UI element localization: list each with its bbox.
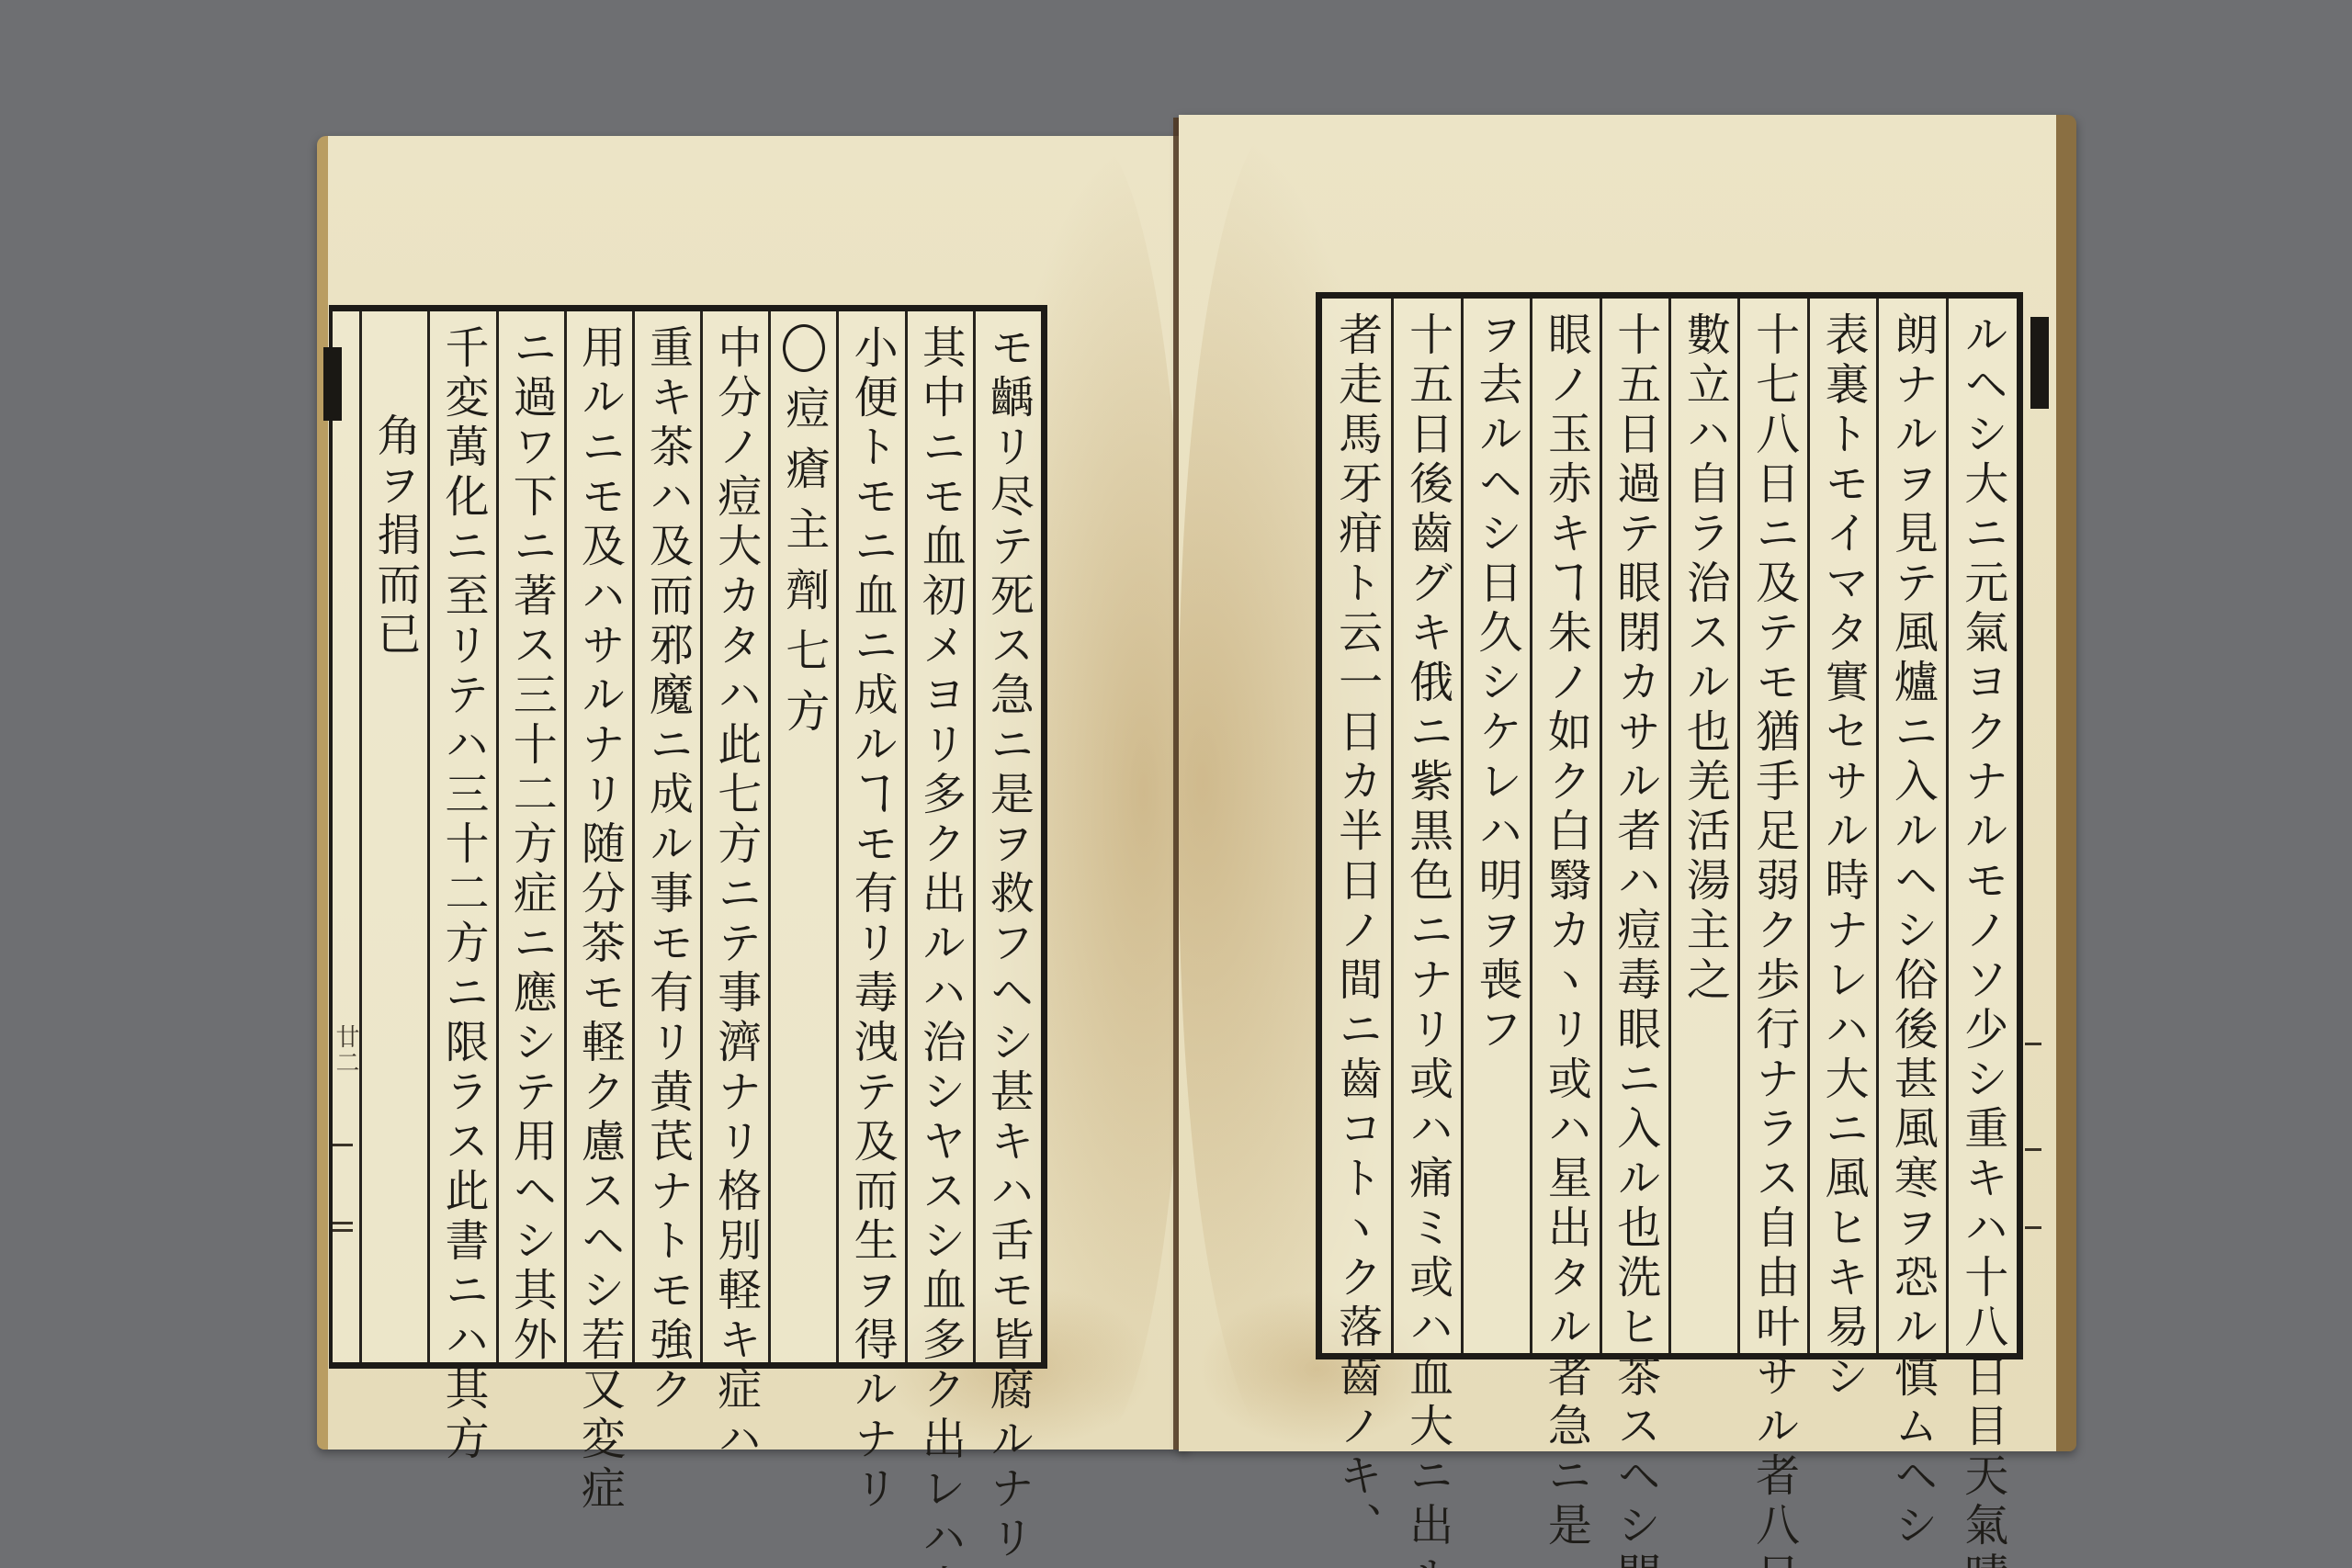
text-column: 十五日後齒グキ俄ニ紫黒色ニナリ或ハ痛ミ或ハ血大ニ出ル: [1391, 299, 1460, 1353]
text-column: 千変萬化ニ至リテハ三十二方ニ限ラス此書ニハ其方: [427, 311, 495, 1362]
text-column: 用ルニモ及ハサルナリ随分茶モ軽ク慮スヘシ若又変症: [564, 311, 632, 1362]
text-column: 中分ノ痘大カタハ此七方ニテ事濟ナリ格別軽キ症ハ: [700, 311, 768, 1362]
text-column: 者走馬牙疳ト云一日カ半日ノ間ニ齒コトヽク落齒ノキ、: [1322, 299, 1391, 1353]
column-text: 十五日過テ眼閉カサル者ハ痘毒眼ニ入ル也洗ヒ茶スヘシ開テ後: [1613, 299, 1657, 1353]
column-text: 用ルニモ及ハサルナリ随分茶モ軽ク慮スヘシ若又変症: [577, 311, 621, 1362]
column-text: 朗ナルヲ見テ風爐ニ入ルヘシ俗後甚風寒ヲ恐ル慎ムヘシ: [1890, 299, 1934, 1353]
column-text: 重キ茶ハ及而邪魔ニ成ル事モ有リ黄芪ナトモ強ク: [646, 311, 690, 1362]
text-column: 小便トモニ血ニ成ルヿモ有リ毒洩テ及而生ヲ得ルナリ: [836, 311, 904, 1362]
fishtail-mark-icon: [2030, 317, 2049, 409]
column-text: 十七八日ニ及テモ猶手足弱ク歩行ナラス自由叶サル者八日: [1752, 299, 1796, 1353]
column-text: 中分ノ痘大カタハ此七方ニテ事濟ナリ格別軽キ症ハ: [714, 311, 758, 1362]
text-column: 十七八日ニ及テモ猶手足弱ク歩行ナラス自由叶サル者八日: [1737, 299, 1806, 1353]
column-text: 小便トモニ血ニ成ルヿモ有リ毒洩テ及而生ヲ得ルナリ: [850, 311, 894, 1362]
margin-column: [333, 311, 359, 1362]
text-column: モ齲リ尽テ死ス急ニ是ヲ救フヘシ甚キハ舌モ皆腐ルナリ: [973, 311, 1041, 1362]
left-columns: モ齲リ尽テ死ス急ニ是ヲ救フヘシ甚キハ舌モ皆腐ルナリ 其中ニモ血初メヨリ多ク出ルハ…: [333, 311, 1041, 1362]
text-column: ニ過ワ下ニ著ス三十二方症ニ應シテ用ヘシ其外: [496, 311, 564, 1362]
left-text-frame: モ齲リ尽テ死ス急ニ是ヲ救フヘシ甚キハ舌モ皆腐ルナリ 其中ニモ血初メヨリ多ク出ルハ…: [329, 305, 1047, 1369]
margin-tick: [333, 1144, 353, 1146]
text-column: ヲ去ルヘシ日久シケレハ明ヲ喪フ: [1461, 299, 1530, 1353]
column-text: 者走馬牙疳ト云一日カ半日ノ間ニ齒コトヽク落齒ノキ、: [1335, 299, 1379, 1353]
text-column: 數立ハ自ラ治スル也羌活湯主之: [1668, 299, 1737, 1353]
margin-tick: [333, 1229, 353, 1232]
column-text: 十五日後齒グキ俄ニ紫黒色ニナリ或ハ痛ミ或ハ血大ニ出ル: [1406, 299, 1450, 1353]
text-column: 重キ茶ハ及而邪魔ニ成ル事モ有リ黄芪ナトモ強ク: [632, 311, 700, 1362]
text-column: 朗ナルヲ見テ風爐ニ入ルヘシ俗後甚風寒ヲ恐ル慎ムヘシ: [1876, 299, 1945, 1353]
margin-tick: [333, 1222, 353, 1224]
text-column: 十五日過テ眼閉カサル者ハ痘毒眼ニ入ル也洗ヒ茶スヘシ開テ後: [1600, 299, 1668, 1353]
column-text: ニ過ワ下ニ著ス三十二方症ニ應シテ用ヘシ其外: [509, 311, 553, 1362]
text-column: 眼ノ玉赤キヿ朱ノ如ク白翳カヽリ或ハ星出タル者急ニ是: [1530, 299, 1599, 1353]
column-text: ルヘシ大ニ元氣ヨクナルモノソ少シ重キハ十八日目天氣晴: [1961, 299, 2005, 1353]
text-column: 其中ニモ血初メヨリ多ク出ルハ治シヤスシ血多ク出レハ大便: [905, 311, 973, 1362]
column-text: 千変萬化ニ至リテハ三十二方ニ限ラス此書ニハ其方: [441, 311, 485, 1362]
fishtail-mark-icon: [323, 347, 342, 421]
folio-number: 廿二: [329, 1024, 363, 1076]
circle-marker-icon: [783, 324, 825, 372]
right-columns: ルヘシ大ニ元氣ヨクナルモノソ少シ重キハ十八日目天氣晴 朗ナルヲ見テ風爐ニ入ルヘシ…: [1322, 299, 2017, 1353]
heading-column: 痘瘡主劑七方: [768, 311, 836, 1362]
book-gutter: [1173, 118, 1179, 1450]
column-text: モ齲リ尽テ死ス急ニ是ヲ救フヘシ甚キハ舌モ皆腐ルナリ: [986, 311, 1030, 1362]
right-text-frame: ルヘシ大ニ元氣ヨクナルモノソ少シ重キハ十八日目天氣晴 朗ナルヲ見テ風爐ニ入ルヘシ…: [1316, 292, 2023, 1359]
column-text: 眼ノ玉赤キヿ朱ノ如ク白翳カヽリ或ハ星出タル者急ニ是: [1543, 299, 1588, 1353]
column-text: 表裏トモイマタ實セサル時ナレハ大ニ風ヒキ易シ: [1821, 299, 1865, 1353]
text-column: 角ヲ捐而已: [359, 311, 427, 1362]
margin-tick: [2025, 1148, 2041, 1151]
column-text: 角ヲ捐而已: [373, 311, 417, 1362]
text-column: ルヘシ大ニ元氣ヨクナルモノソ少シ重キハ十八日目天氣晴: [1946, 299, 2017, 1353]
open-book: モ齲リ尽テ死ス急ニ是ヲ救フヘシ甚キハ舌モ皆腐ルナリ 其中ニモ血初メヨリ多ク出ルハ…: [0, 0, 2352, 1568]
section-heading: 痘瘡主劑七方: [782, 311, 826, 1362]
column-text: 數立ハ自ラ治スル也羌活湯主之: [1682, 299, 1726, 1353]
column-text: ヲ去ルヘシ日久シケレハ明ヲ喪フ: [1475, 299, 1519, 1353]
column-text: 其中ニモ血初メヨリ多ク出ルハ治シヤスシ血多ク出レハ大便: [918, 311, 962, 1362]
text-column: 表裏トモイマタ實セサル時ナレハ大ニ風ヒキ易シ: [1807, 299, 1876, 1353]
margin-tick: [2025, 1043, 2041, 1045]
margin-tick: [2025, 1226, 2041, 1229]
